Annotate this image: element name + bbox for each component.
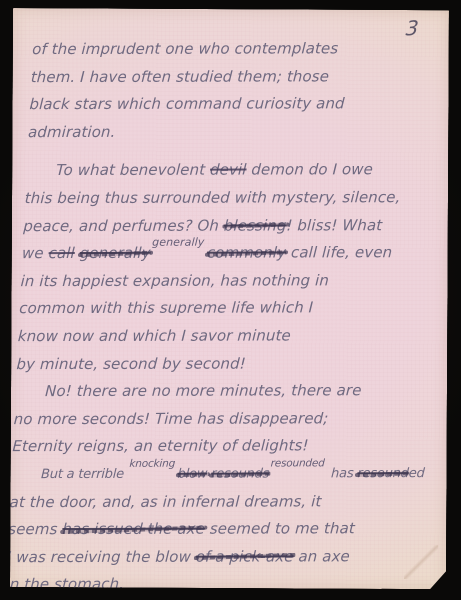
text-segment: demon do I owe: [246, 161, 373, 179]
text-segment: by minute, second by second!: [16, 354, 246, 373]
scribbled-out-segment: blow: [177, 467, 207, 482]
strikethrough-segment: devil: [210, 161, 247, 179]
text-segment: at the door, and, as in infernal dreams,…: [9, 492, 322, 511]
handwritten-line: at the door, and, as in infernal dreams,…: [9, 488, 420, 517]
text-segment: black stars which command curiosity and: [29, 94, 345, 113]
handwritten-line: we call generallygenerallycommonly call …: [21, 239, 432, 268]
text-segment: ed: [408, 466, 425, 481]
text-segment: No! there are no more minutes, there are: [45, 381, 362, 400]
scribbled-out-segment: commonly: [206, 244, 286, 262]
scribbled-out-segment: resounds: [211, 466, 270, 481]
text-segment: ! bliss! What: [286, 216, 383, 234]
inserted-word: resounded: [270, 450, 325, 478]
handwritten-line: I was receiving the blow of a pick-axe a…: [6, 543, 417, 572]
handwritten-line: peace, and perfumes? Oh blessing! bliss!…: [23, 212, 434, 241]
handwriting-block: of the imprudent one who contemplatesthe…: [5, 35, 443, 599]
photo-background: 3 of the imprudent one who contemplatest…: [0, 0, 461, 600]
text-segment: know now and which I savor minute: [17, 326, 291, 345]
text-segment: in the stomach.: [5, 575, 124, 593]
handwritten-line: Eternity reigns, an eternity of delights…: [12, 432, 423, 461]
text-segment: seemed to me that: [205, 519, 356, 537]
handwritten-line: To what benevolent devil demon do I owe: [25, 156, 436, 185]
scribbled-out-segment: blessing: [223, 216, 286, 234]
text-segment: them. I have often studied them; those: [30, 67, 329, 86]
text-segment: we: [22, 244, 49, 262]
inserted-word: knocking: [129, 451, 176, 479]
inserted-word: generally: [151, 229, 205, 257]
text-segment: has: [327, 466, 358, 481]
text-segment: this being thus surrounded with mystery,…: [24, 188, 401, 207]
manuscript-page: 3 of the imprudent one who contemplatest…: [10, 8, 449, 589]
handwritten-line: know now and which I savor minute: [17, 322, 428, 351]
handwritten-line: in the stomach.: [5, 570, 416, 599]
text-segment: I was receiving the blow: [6, 547, 196, 565]
handwritten-line: admiration.: [27, 118, 438, 147]
handwritten-line: in its happiest expansion, has nothing i…: [20, 267, 431, 296]
handwritten-line: them. I have often studied them; those: [30, 63, 441, 92]
scribbled-out-segment: resound: [357, 466, 409, 481]
scribbled-out-segment: of a pick-axe: [195, 547, 294, 565]
handwritten-line: But a terrible knockingblow resoundsreso…: [10, 460, 421, 489]
text-segment: seems: [8, 520, 63, 538]
text-segment: admiration.: [28, 123, 116, 141]
handwritten-line: seems has issued the axe seemed to me th…: [8, 515, 419, 544]
handwritten-line: black stars which command curiosity and: [29, 90, 440, 119]
strikethrough-segment: call: [48, 244, 75, 262]
text-segment: call life, even: [286, 243, 393, 261]
handwritten-line: common with this supreme life which I: [19, 294, 430, 323]
text-segment: But a terrible: [41, 467, 129, 482]
text-segment: To what benevolent: [56, 161, 211, 179]
handwritten-line: no more seconds! Time has disappeared;: [13, 405, 424, 434]
scribbled-out-segment: generally: [79, 244, 151, 262]
handwritten-line: this being thus surrounded with mystery,…: [24, 184, 435, 213]
text-segment: of the imprudent one who contemplates: [32, 39, 339, 58]
handwritten-line: of the imprudent one who contemplates: [31, 35, 442, 64]
text-segment: an axe: [293, 547, 350, 565]
handwritten-line: by minute, second by second!: [16, 350, 427, 379]
text-segment: no more seconds! Time has disappeared;: [13, 409, 329, 428]
text-segment: in its happiest expansion, has nothing i…: [20, 271, 329, 290]
scribbled-out-segment: has issued the axe: [62, 520, 205, 538]
handwritten-line: No! there are no more minutes, there are: [14, 377, 425, 406]
text-segment: common with this supreme life which I: [19, 299, 314, 318]
